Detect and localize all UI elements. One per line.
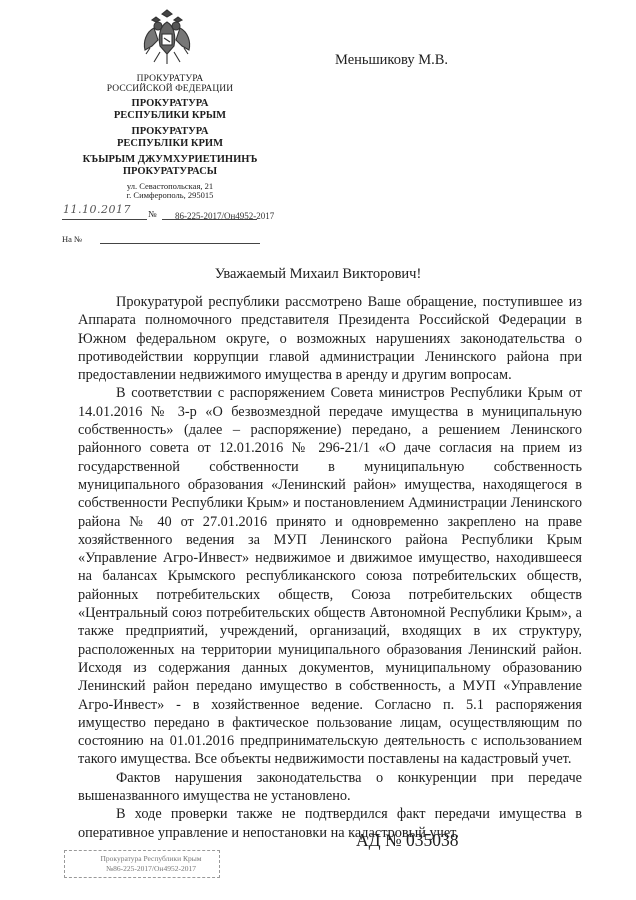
letterhead-line: РОССИЙСКОЙ ФЕДЕРАЦИИ: [60, 84, 280, 94]
body-paragraph: В ходе проверки также не подтвердился фа…: [78, 805, 582, 842]
letterhead-line: ПРОКУРАТУРАСЫ: [60, 166, 280, 178]
addressee: Меньшикову М.В.: [335, 52, 448, 69]
coat-of-arms-icon: [140, 8, 194, 68]
greeting: Уважаемый Михаил Викторович!: [0, 266, 636, 283]
letterhead-ua: ПРОКУРАТУРА РЕСПУБЛІКИ КРИМ: [60, 126, 280, 149]
letterhead-line: КЪЫРЫМ ДЖУМХУРИЕТИНИНЪ: [60, 154, 280, 166]
letterhead-ru: ПРОКУРАТУРА РЕСПУБЛИКИ КРЫМ: [60, 98, 280, 121]
reply-to-label: На №: [62, 234, 82, 244]
letterhead-line: ПРОКУРАТУРА: [60, 98, 280, 110]
letterhead-federal: ПРОКУРАТУРА РОССИЙСКОЙ ФЕДЕРАЦИИ: [60, 74, 280, 95]
number-sign: №: [148, 209, 157, 219]
form-number: АД № 035038: [356, 830, 459, 851]
handwritten-date: 11.10.2017: [63, 203, 131, 216]
letterhead-line: РЕСПУБЛІКИ КРИМ: [60, 138, 280, 150]
body-paragraph: Фактов нарушения законодательства о конк…: [78, 769, 582, 806]
outgoing-number: 86-225-2017/Он4952-2017: [175, 211, 274, 221]
body-paragraph: В соответствии с распоряжением Совета ми…: [78, 384, 582, 768]
letterhead-line: РЕСПУБЛИКИ КРЫМ: [60, 110, 280, 122]
letterhead-address: ул. Севастопольская, 21 г. Симферополь, …: [60, 182, 280, 201]
registration-stamp: Прокуратура Республики Крым №86-225-2017…: [64, 850, 220, 878]
letter-body: Прокуратурой республики рассмотрено Ваше…: [78, 293, 582, 842]
letterhead-line: ПРОКУРАТУРА: [60, 74, 280, 84]
letterhead-line: ПРОКУРАТУРА: [60, 126, 280, 138]
reply-to-underline: [100, 231, 260, 244]
body-paragraph: Прокуратурой республики рассмотрено Ваше…: [78, 293, 582, 384]
stamp-line: Прокуратура Республики Крым: [65, 854, 219, 864]
address-line: г. Симферополь, 295015: [60, 191, 280, 200]
letterhead-crh: КЪЫРЫМ ДЖУМХУРИЕТИНИНЪ ПРОКУРАТУРАСЫ: [60, 154, 280, 177]
stamp-line: №86-225-2017/Он4952-2017: [65, 864, 219, 874]
